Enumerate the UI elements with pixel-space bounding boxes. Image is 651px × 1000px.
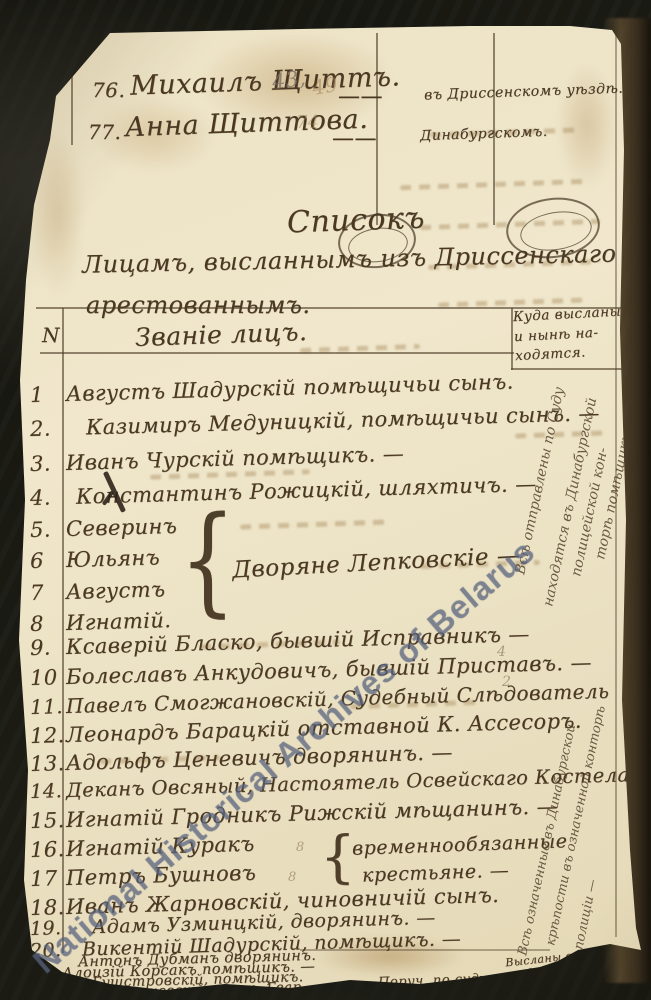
row-number: 24 xyxy=(22,986,48,1000)
row-text: Августъ xyxy=(66,577,166,604)
table-row: 24Іосифъ Длужневскій, отст. Гвар. xyxy=(22,979,307,1000)
paper-stain xyxy=(30,130,85,300)
row-number: 11. xyxy=(30,694,67,719)
row-text: Юльянъ xyxy=(66,545,161,572)
row-number: 4. xyxy=(30,485,67,510)
column-rule xyxy=(71,33,73,145)
row-number: 16. xyxy=(30,837,67,862)
entry-number: 77. xyxy=(88,120,121,144)
header-bottom-rule xyxy=(511,368,629,370)
row-number: 8 xyxy=(30,611,67,636)
row-number: 12. xyxy=(30,723,67,748)
table-row: 1Августъ Шадурскій помѣщичьи сынъ. xyxy=(30,369,514,406)
row-number: 14. xyxy=(30,779,67,803)
column-header-rank: Званіе лицъ. xyxy=(135,317,308,352)
table-row: 5.Северинъ xyxy=(30,514,178,542)
table-row: 6Юльянъ xyxy=(30,545,161,573)
row-number: 5. xyxy=(30,517,67,542)
header-bottom-rule xyxy=(40,352,514,354)
manuscript-page: 76. Михаилъ Щиттъ. —— въ Дриссенскомъ уѣ… xyxy=(0,0,651,1000)
column-header-number: N xyxy=(42,323,60,347)
pencil-mark: 74 xyxy=(296,112,319,133)
table-row: 7Августъ xyxy=(30,577,166,605)
row-text: Иванъ Чурскій помѣщикъ. — xyxy=(66,442,405,475)
grouping-brace: { xyxy=(179,500,236,618)
row-number: 3. xyxy=(30,451,67,476)
row-number: 2. xyxy=(30,416,67,441)
row-number: 9. xyxy=(30,635,67,660)
header-line: ходятся. xyxy=(515,345,587,365)
pencil-mark: 43, xyxy=(270,66,306,94)
row-text: Игнатій. xyxy=(66,608,172,635)
paper-stain xyxy=(556,60,618,190)
row-text: Константинъ Рожицкій, шляхтичъ. — xyxy=(66,472,537,509)
pencil-mark: 8 xyxy=(296,840,304,855)
row-text: Северинъ xyxy=(66,514,178,541)
header-line: Куда высланы xyxy=(513,304,622,326)
entry-note: Динабургскомъ. xyxy=(420,124,548,144)
entry-note: въ Дриссенскомъ уѣздѣ. xyxy=(424,81,624,104)
row-number: 15. xyxy=(30,808,67,833)
pencil-mark: 49 xyxy=(310,72,339,100)
ink-bleedthrough xyxy=(400,179,590,191)
row-number: 13. xyxy=(30,751,67,776)
column-header-destination: Куда высланы и нынѣ на- ходятся. xyxy=(513,302,636,367)
pencil-mark: 8 xyxy=(288,870,296,885)
row-number: 7 xyxy=(30,580,67,605)
table-row: 3.Иванъ Чурскій помѣщикъ. — xyxy=(30,442,405,476)
row-number: 17 xyxy=(30,866,67,891)
document-subtitle: арестованнымъ. xyxy=(86,291,311,319)
row-number: 6 xyxy=(30,548,67,573)
row-number: 23 xyxy=(22,976,48,993)
entry-number: 76. xyxy=(92,78,125,102)
ink-bleedthrough xyxy=(240,519,390,529)
archival-document-photo: 76. Михаилъ Щиттъ. —— въ Дриссенскомъ уѣ… xyxy=(0,0,651,1000)
entry-dash: —— xyxy=(332,126,377,151)
row-number: 1 xyxy=(30,382,67,407)
row-text: Августъ Шадурскій помѣщичьи сынъ. xyxy=(66,369,514,405)
marginalia-note: полиціи — xyxy=(571,878,601,951)
footnote: Поруч. по суду совѣтъ Арестов. xyxy=(378,967,624,991)
document-title: Списокъ xyxy=(286,201,425,241)
header-line: и нынѣ на- xyxy=(514,324,599,344)
row-text: Іосифъ Длужневскій, отст. Гвар. xyxy=(48,979,307,1000)
row-number: 10 xyxy=(30,665,67,690)
